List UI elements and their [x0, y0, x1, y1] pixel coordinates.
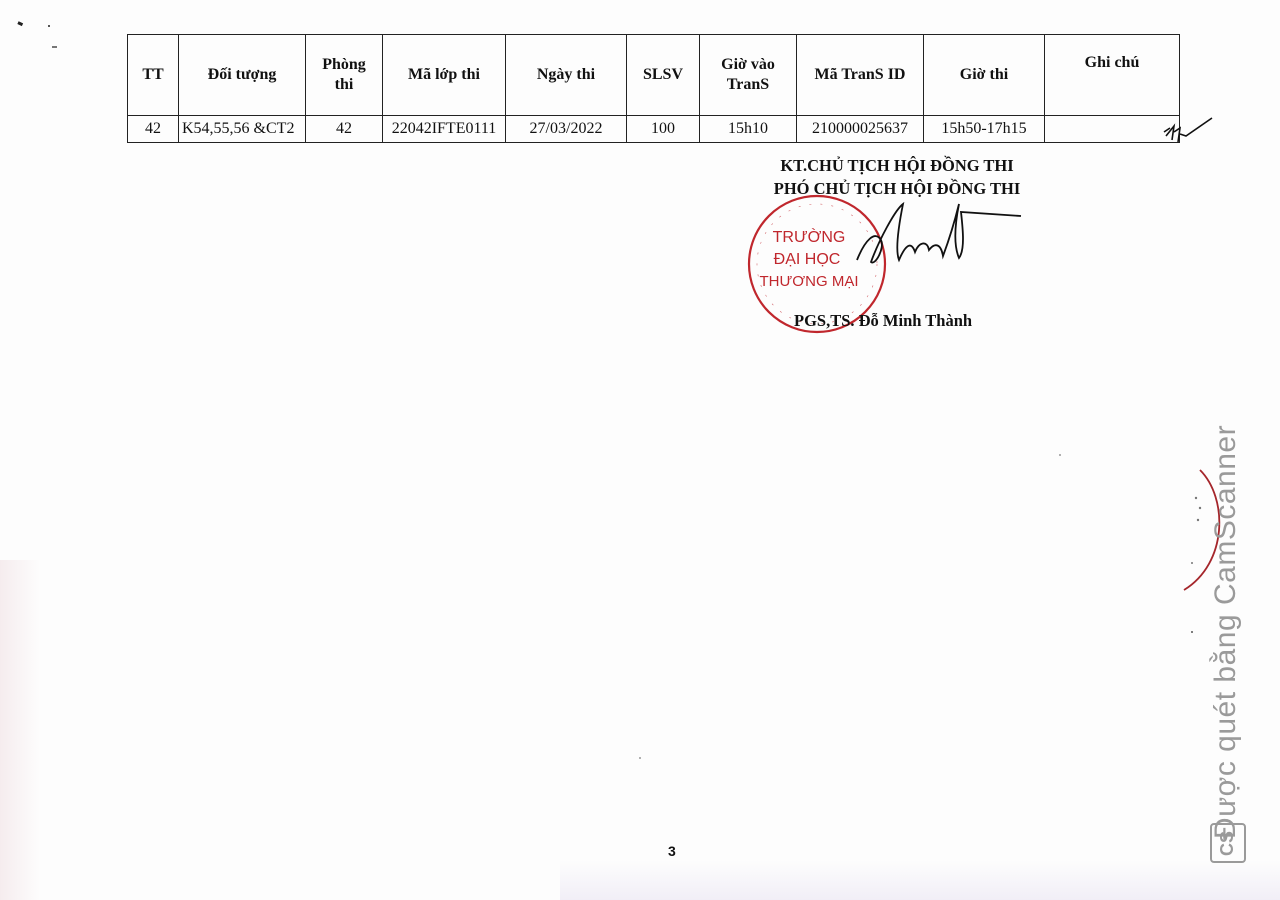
header-tt: TT — [128, 35, 179, 116]
stamp-line3: THƯƠNG MẠI — [759, 273, 858, 290]
watermark-text: Được quét bằng CamScanner — [1209, 425, 1243, 839]
header-gio-vao-trans: Giờ vào TranS — [700, 35, 797, 116]
cs-logo-text: CS — [1217, 830, 1238, 855]
camscanner-logo-icon: CS — [1210, 823, 1246, 863]
scan-shadow-left — [0, 560, 40, 900]
page-number: 3 — [668, 843, 676, 859]
cell-doi-tuong: K54,55,56 &CT2 — [179, 116, 306, 143]
signature-title-line1: KT.CHỦ TỊCH HỘI ĐỒNG THI — [752, 154, 1042, 177]
handwritten-signature-icon — [855, 200, 1025, 275]
cell-gio-vao-trans: 15h10 — [700, 116, 797, 143]
header-phong-thi: Phòng thi — [306, 35, 383, 116]
exam-schedule-table: TT Đối tượng Phòng thi Mã lớp thi Ngày t… — [127, 34, 1180, 143]
cell-phong-thi: 42 — [306, 116, 383, 143]
cell-ma-lop-thi: 22042IFTE0111 — [383, 116, 506, 143]
header-ngay-thi: Ngày thi — [506, 35, 627, 116]
stamp-line1: TRƯỜNG — [773, 227, 846, 246]
table-header-row: TT Đối tượng Phòng thi Mã lớp thi Ngày t… — [128, 35, 1180, 116]
initials-mark-icon — [1160, 112, 1216, 148]
cell-tt: 42 — [128, 116, 179, 143]
scan-shadow-bottom — [560, 860, 1280, 900]
header-slsv: SLSV — [627, 35, 700, 116]
cell-ngay-thi: 27/03/2022 — [506, 116, 627, 143]
header-phong-thi-label: Phòng thi — [317, 55, 371, 95]
header-doi-tuong: Đối tượng — [179, 35, 306, 116]
cell-slsv: 100 — [627, 116, 700, 143]
header-ma-trans-id: Mã TranS ID — [797, 35, 924, 116]
table-row: 42 K54,55,56 &CT2 42 22042IFTE0111 27/03… — [128, 116, 1180, 143]
cell-gio-thi: 15h50-17h15 — [924, 116, 1045, 143]
camscanner-watermark: Được quét bằng CamScanner — [1203, 398, 1249, 866]
header-gio-thi: Giờ thi — [924, 35, 1045, 116]
stamp-line2: ĐẠI HỌC — [774, 251, 841, 268]
header-gio-vao-trans-label: Giờ vào TranS — [713, 55, 783, 95]
header-ghi-chu: Ghi chú — [1045, 35, 1180, 116]
header-ma-lop-thi: Mã lớp thi — [383, 35, 506, 116]
signer-name: PGS,TS. Đỗ Minh Thành — [794, 311, 972, 331]
cell-ma-trans-id: 210000025637 — [797, 116, 924, 143]
